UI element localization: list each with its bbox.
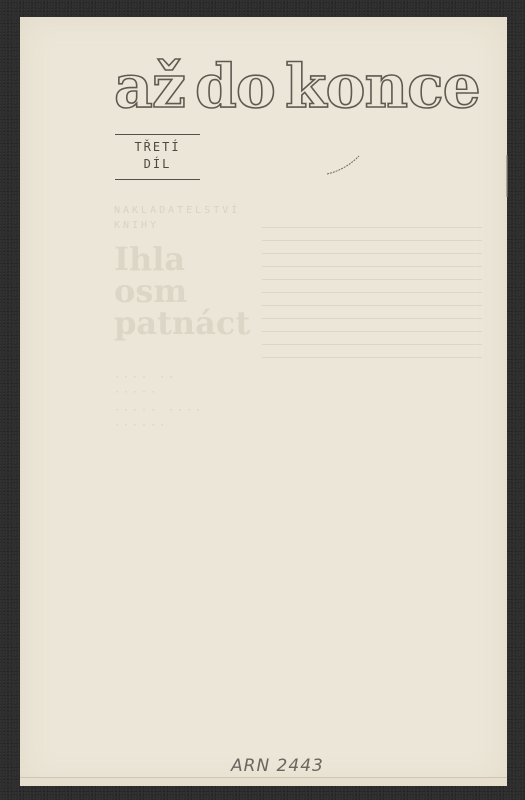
pencil-stroke-icon bbox=[325, 152, 365, 177]
paper-edge-mark bbox=[506, 155, 508, 197]
document-page: aždokonce TŘETÍ DÍL NAKLADATELSTVÍ KNIHY… bbox=[20, 17, 507, 786]
title-word: konce bbox=[285, 52, 480, 122]
bleed-through-text: ····· bbox=[114, 387, 159, 398]
bleed-through-text: NAKLADATELSTVÍ bbox=[114, 205, 240, 216]
volume-label: TŘETÍ DÍL bbox=[115, 134, 200, 180]
bleed-through-text: osm bbox=[114, 275, 187, 307]
bleed-through-text: KNIHY bbox=[114, 220, 159, 231]
catalogue-number: ARN 2443 bbox=[231, 756, 324, 776]
title-word: do bbox=[195, 52, 275, 122]
bleed-through-lines bbox=[262, 227, 482, 370]
title-word: až bbox=[114, 52, 185, 122]
bleed-through-text: ······ bbox=[114, 420, 168, 431]
hand-drawn-title: aždokonce bbox=[114, 57, 490, 117]
volume-label-line2: DÍL bbox=[115, 156, 200, 173]
volume-label-line1: TŘETÍ bbox=[115, 139, 200, 156]
bleed-through-text: ····· ···· bbox=[114, 405, 204, 416]
bleed-through-text: patnáct bbox=[114, 307, 250, 339]
bleed-through-text: ···· ·· bbox=[114, 372, 177, 383]
bleed-through-text: Ihla bbox=[114, 243, 185, 275]
